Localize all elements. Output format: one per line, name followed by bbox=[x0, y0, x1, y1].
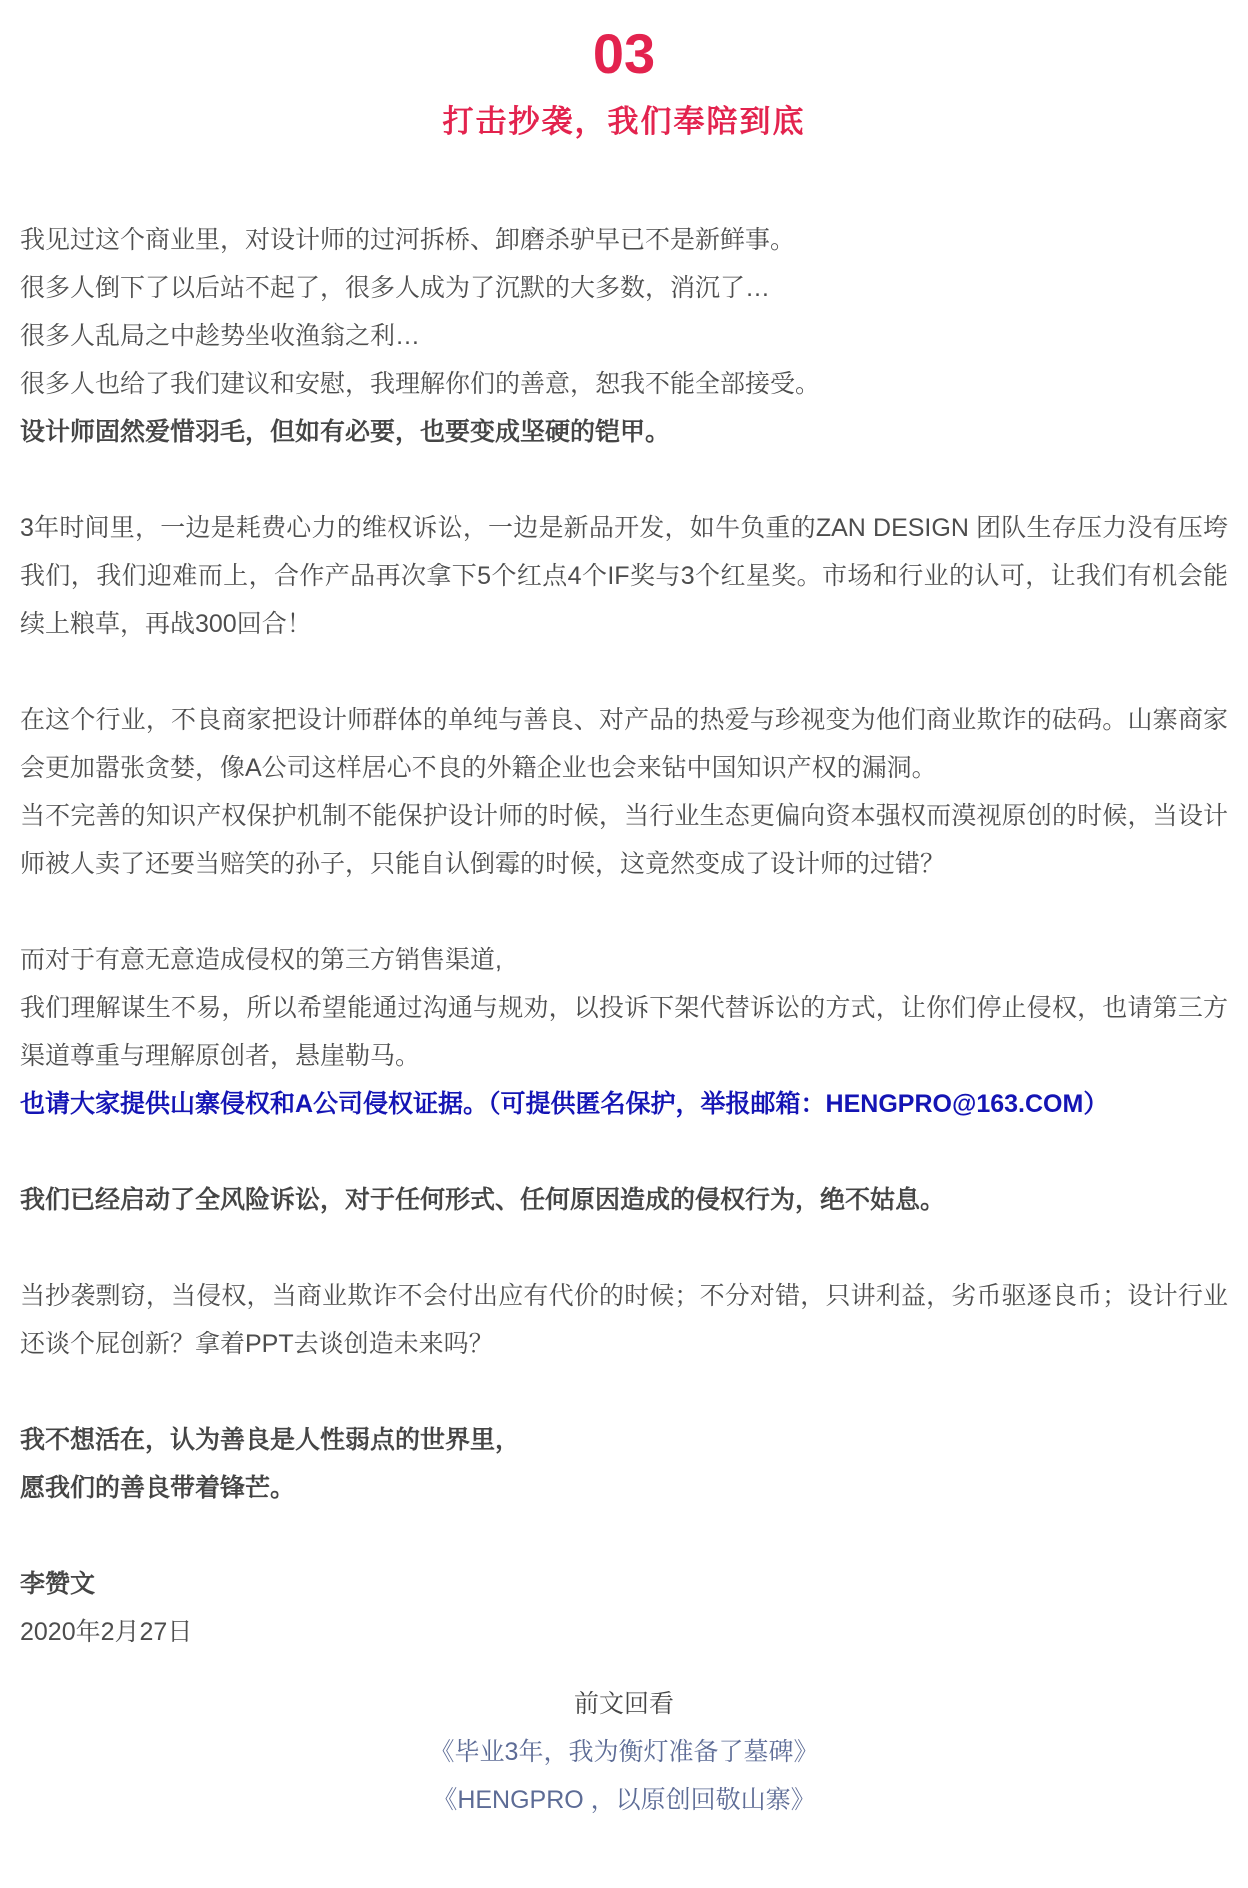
intro-line-emphasis: 设计师固然爱惜羽毛，但如有必要，也要变成坚硬的铠甲。 bbox=[20, 408, 1228, 456]
previous-articles-footer: 前文回看 《毕业3年，我为衡灯准备了墓碑》 《HENGPRO ，以原创回敬山寨》 bbox=[20, 1680, 1228, 1824]
struggle-paragraph: 3年时间里，一边是耗费心力的维权诉讼，一边是新品开发，如牛负重的ZAN DESI… bbox=[20, 504, 1228, 648]
closing-paragraph: 我不想活在，认为善良是人性弱点的世界里， 愿我们的善良带着锋芒。 bbox=[20, 1416, 1228, 1512]
industry-paragraph: 在这个行业，不良商家把设计师群体的单纯与善良、对产品的热爱与珍视变为他们商业欺诈… bbox=[20, 696, 1228, 888]
previous-article-link-1[interactable]: 《毕业3年，我为衡灯准备了墓碑》 bbox=[20, 1728, 1228, 1776]
intro-line: 很多人倒下了以后站不起了，很多人成为了沉默的大多数，消沉了… bbox=[20, 264, 1228, 312]
lawsuit-paragraph: 我们已经启动了全风险诉讼，对于任何形式、任何原因造成的侵权行为，绝不姑息。 bbox=[20, 1176, 1228, 1224]
channel-paragraph: 而对于有意无意造成侵权的第三方销售渠道, 我们理解谋生不易，所以希望能通过沟通与… bbox=[20, 936, 1228, 1128]
intro-line: 很多人也给了我们建议和安慰，我理解你们的善意，恕我不能全部接受。 bbox=[20, 360, 1228, 408]
article-body: 我见过这个商业里，对设计师的过河拆桥、卸磨杀驴早已不是新鲜事。 很多人倒下了以后… bbox=[20, 216, 1228, 1656]
publish-date: 2020年2月27日 bbox=[20, 1608, 1228, 1656]
intro-paragraph: 我见过这个商业里，对设计师的过河拆桥、卸磨杀驴早已不是新鲜事。 很多人倒下了以后… bbox=[20, 216, 1228, 456]
channel-line: 而对于有意无意造成侵权的第三方销售渠道, bbox=[20, 936, 1228, 984]
section-number: 03 bbox=[20, 22, 1228, 86]
report-email-notice: 也请大家提供山寨侵权和A公司侵权证据。（可提供匿名保护，举报邮箱：HENGPRO… bbox=[20, 1080, 1228, 1128]
lawsuit-text: 我们已经启动了全风险诉讼，对于任何形式、任何原因造成的侵权行为，绝不姑息。 bbox=[20, 1176, 1228, 1224]
channel-line: 我们理解谋生不易，所以希望能通过沟通与规劝，以投诉下架代替诉讼的方式，让你们停止… bbox=[20, 984, 1228, 1080]
footer-heading: 前文回看 bbox=[20, 1680, 1228, 1728]
closing-line: 我不想活在，认为善良是人性弱点的世界里， bbox=[20, 1416, 1228, 1464]
industry-line: 在这个行业，不良商家把设计师群体的单纯与善良、对产品的热爱与珍视变为他们商业欺诈… bbox=[20, 696, 1228, 792]
article-page: 03 打击抄袭，我们奉陪到底 我见过这个商业里，对设计师的过河拆桥、卸磨杀驴早已… bbox=[0, 0, 1248, 1864]
closing-line: 愿我们的善良带着锋芒。 bbox=[20, 1464, 1228, 1512]
struggle-text: 3年时间里，一边是耗费心力的维权诉讼，一边是新品开发，如牛负重的ZAN DESI… bbox=[20, 504, 1228, 648]
intro-line: 我见过这个商业里，对设计师的过河拆桥、卸磨杀驴早已不是新鲜事。 bbox=[20, 216, 1228, 264]
rant-paragraph: 当抄袭剽窃，当侵权，当商业欺诈不会付出应有代价的时候；不分对错，只讲利益，劣币驱… bbox=[20, 1272, 1228, 1368]
previous-article-link-2[interactable]: 《HENGPRO ，以原创回敬山寨》 bbox=[20, 1776, 1228, 1824]
author-name: 李赞文 bbox=[20, 1560, 1228, 1608]
article-title: 打击抄袭，我们奉陪到底 bbox=[20, 100, 1228, 144]
industry-line: 当不完善的知识产权保护机制不能保护设计师的时候，当行业生态更偏向资本强权而漠视原… bbox=[20, 792, 1228, 888]
intro-line: 很多人乱局之中趁势坐收渔翁之利… bbox=[20, 312, 1228, 360]
signature-block: 李赞文 2020年2月27日 bbox=[20, 1560, 1228, 1656]
rant-text: 当抄袭剽窃，当侵权，当商业欺诈不会付出应有代价的时候；不分对错，只讲利益，劣币驱… bbox=[20, 1272, 1228, 1368]
